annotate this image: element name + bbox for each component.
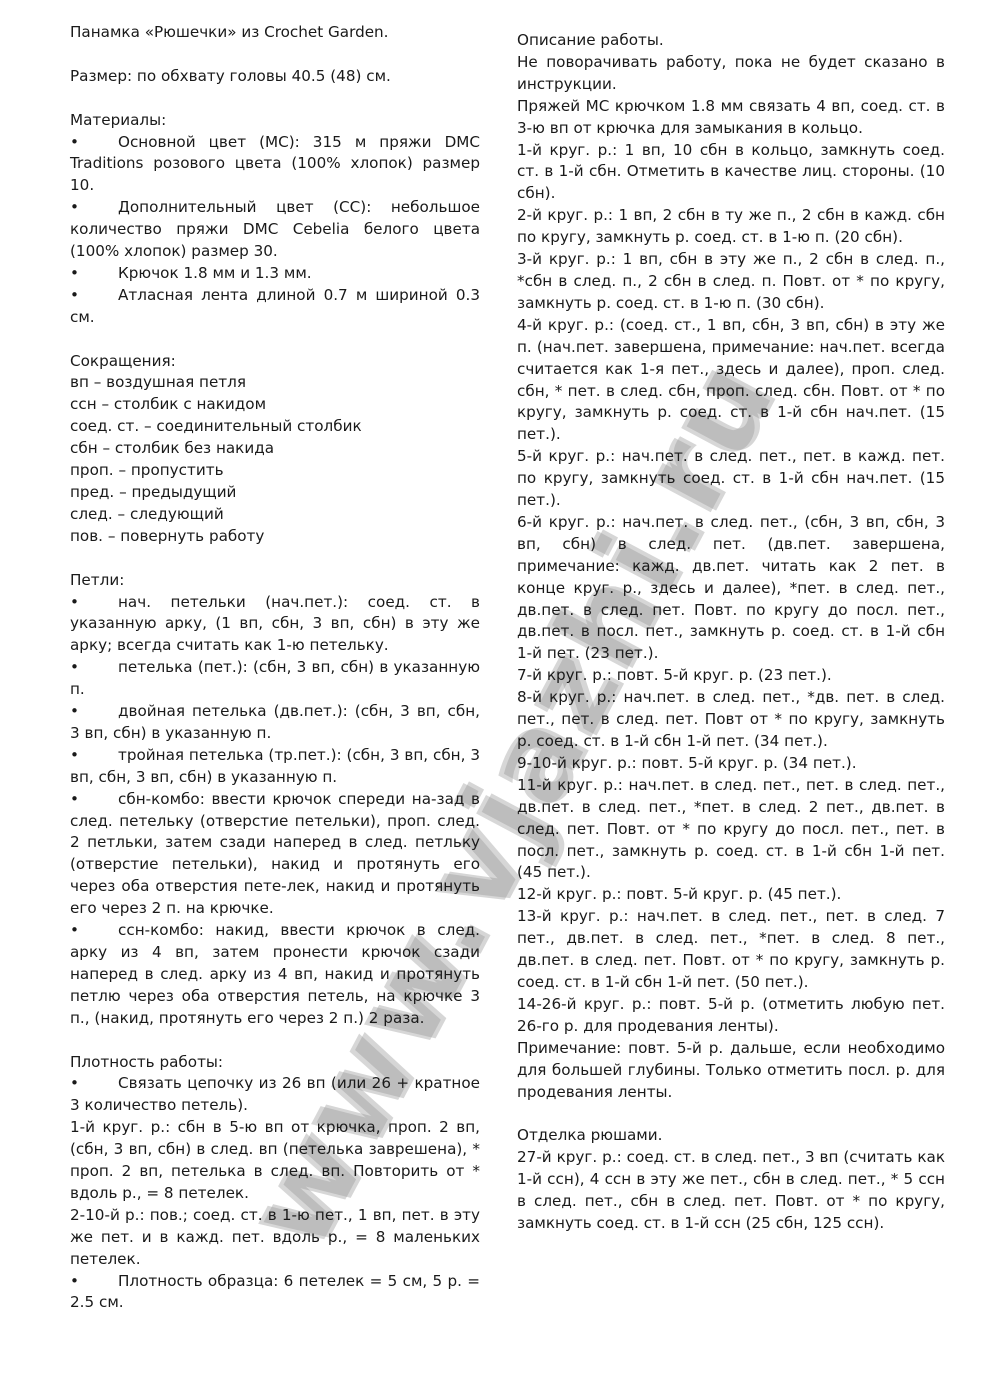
instruction-paragraph: 7-й круг. р.: повт. 5-й круг. р. (23 пет… [517,665,945,687]
instruction-paragraph: 9-10-й круг. р.: повт. 5-й круг. р. (34 … [517,753,945,775]
bullet-icon: • [70,197,118,219]
instruction-paragraph: Не поворачивать работу, пока не будет ск… [517,52,945,96]
bullet-icon: • [70,920,118,942]
abbreviations-heading: Сокращения: [70,351,480,373]
bullet-icon: • [70,1271,118,1293]
materials-list: •Основной цвет (МС): 315 м пряжи DMC Tra… [70,132,480,329]
bullet-icon: • [70,592,118,614]
left-column: Панамка «Рюшечки» из Crochet Garden. Раз… [70,22,480,1314]
bullet-icon: • [70,701,118,723]
abbreviation-item: проп. – пропустить [70,460,480,482]
materials-heading: Материалы: [70,110,480,132]
bullet-icon: • [70,1073,118,1095]
abbreviation-item: ссн – столбик с накидом [70,394,480,416]
gauge-item: •Связать цепочку из 26 вп (или 26 + крат… [70,1073,480,1117]
document-title: Панамка «Рюшечки» из Crochet Garden. [70,22,480,44]
instruction-paragraph: 5-й круг. р.: нач.пет. в след. пет., пет… [517,446,945,512]
abbreviation-item: пов. – повернуть работу [70,526,480,548]
stitches-list: •нач. петельки (нач.пет.): соед. ст. в у… [70,592,480,1030]
stitch-item: •двойная петелька (дв.пет.): (сбн, 3 вп,… [70,701,480,745]
materials-item: •Основной цвет (МС): 315 м пряжи DMC Tra… [70,132,480,198]
instruction-paragraph: 1-й круг. р.: 1 вп, 10 сбн в кольцо, зам… [517,140,945,206]
abbreviation-item: след. – следующий [70,504,480,526]
instruction-paragraph: Примечание: повт. 5-й р. дальше, если не… [517,1038,945,1104]
instruction-paragraph: 8-й круг. р.: нач.пет. в след. пет., *дв… [517,687,945,753]
gauge-row-1: 1-й круг. р.: сбн в 5-ю вп от крючка, пр… [70,1117,480,1205]
abbreviation-item: пред. – предыдущий [70,482,480,504]
description-heading: Описание работы. [517,30,945,52]
instruction-paragraph: 4-й круг. р.: (соед. ст., 1 вп, сбн, 3 в… [517,315,945,446]
bullet-icon: • [70,657,118,679]
bullet-icon: • [70,285,118,307]
stitches-heading: Петли: [70,570,480,592]
ruffle-instructions: 27-й круг. р.: соед. ст. в след. пет., 3… [517,1147,945,1235]
stitch-item: •ссн-комбо: накид, ввести крючок в след.… [70,920,480,1030]
size-info: Размер: по обхвату головы 40.5 (48) см. [70,66,480,88]
stitch-item: •сбн-комбо: ввести крючок спереди на-зад… [70,789,480,920]
materials-item: •Атласная лента длиной 0.7 м шириной 0.3… [70,285,480,329]
instruction-paragraph: 6-й круг. р.: нач.пет. в след. пет., (сб… [517,512,945,665]
abbreviation-item: соед. ст. – соединительный столбик [70,416,480,438]
instructions-list: Не поворачивать работу, пока не будет ск… [517,52,945,1104]
instruction-paragraph: 3-й круг. р.: 1 вп, сбн в эту же п., 2 с… [517,249,945,315]
bullet-icon: • [70,263,118,285]
stitch-item: •нач. петельки (нач.пет.): соед. ст. в у… [70,592,480,658]
instruction-paragraph: Пряжей МС крючком 1.8 мм связать 4 вп, с… [517,96,945,140]
instruction-paragraph: 11-й круг. р.: нач.пет. в след. пет., пе… [517,775,945,885]
right-column: Описание работы. Не поворачивать работу,… [517,30,945,1235]
bullet-icon: • [70,789,118,811]
instruction-paragraph: 13-й круг. р.: нач.пет. в след. пет., пе… [517,906,945,994]
ruffle-heading: Отделка рюшами. [517,1125,945,1147]
stitch-item: •тройная петелька (тр.пет.): (сбн, 3 вп,… [70,745,480,789]
instruction-paragraph: 14-26-й круг. р.: повт. 5-й р. (отметить… [517,994,945,1038]
gauge-heading: Плотность работы: [70,1052,480,1074]
stitch-item: •петелька (пет.): (сбн, 3 вп, сбн) в ука… [70,657,480,701]
materials-item: •Дополнительный цвет (СС): небольшое кол… [70,197,480,263]
gauge-item: •Плотность образца: 6 петелек = 5 см, 5 … [70,1271,480,1315]
abbreviations-list: вп – воздушная петля ссн – столбик с нак… [70,372,480,547]
instruction-paragraph: 2-й круг. р.: 1 вп, 2 сбн в ту же п., 2 … [517,205,945,249]
abbreviation-item: сбн – столбик без накида [70,438,480,460]
bullet-icon: • [70,745,118,767]
instruction-paragraph: 12-й круг. р.: повт. 5-й круг. р. (45 пе… [517,884,945,906]
abbreviation-item: вп – воздушная петля [70,372,480,394]
bullet-icon: • [70,132,118,154]
materials-item: •Крючок 1.8 мм и 1.3 мм. [70,263,480,285]
gauge-row-2: 2-10-й р.: пов.; соед. ст. в 1-ю пет., 1… [70,1205,480,1271]
